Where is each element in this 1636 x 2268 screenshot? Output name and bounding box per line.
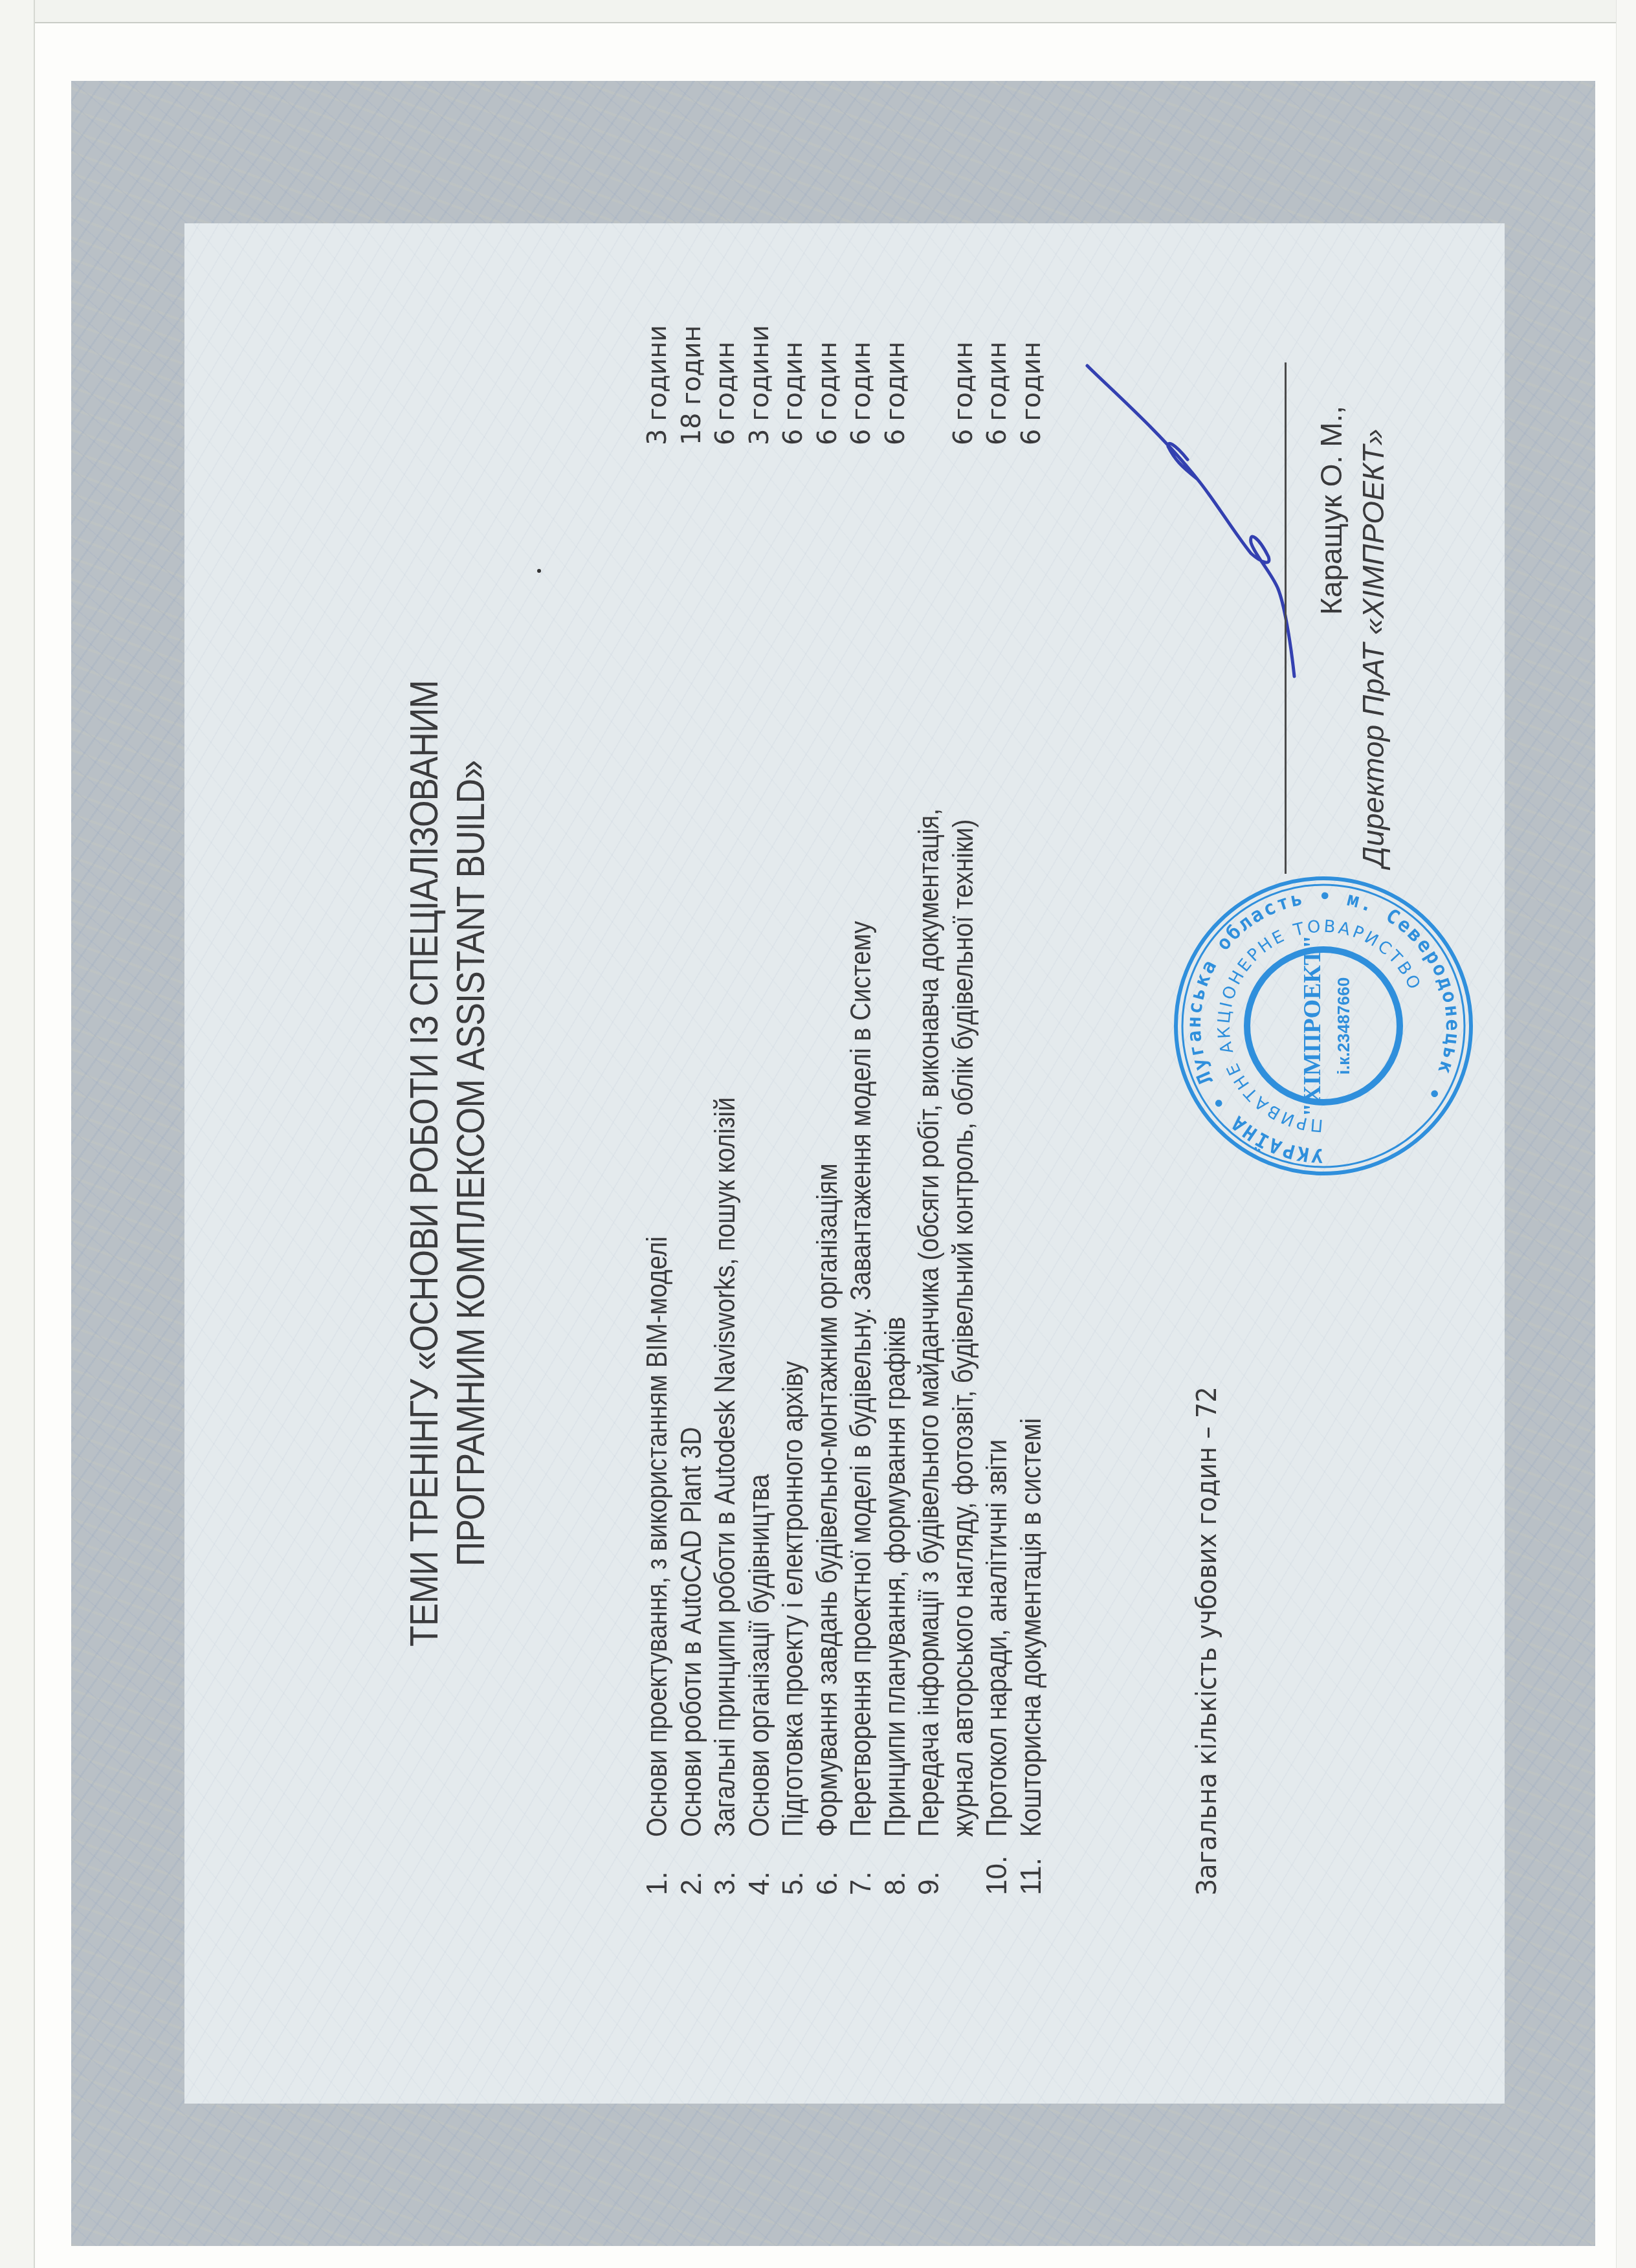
topic-hours: 6 годин [845, 290, 879, 445]
topic-row: 11.Кошторисна документація в системі6 го… [1015, 342, 1049, 1895]
handwritten-signature [1084, 356, 1298, 693]
topic-row: 6.Формування завдань будівельно-монтажни… [811, 342, 845, 1895]
scan-speck [537, 569, 541, 573]
topic-hours: 6 годин [879, 290, 913, 445]
scan-edge-left [0, 0, 35, 2268]
topic-hours: 3 години [641, 290, 675, 445]
topic-number: 6. [811, 1837, 845, 1895]
topic-title: Основи проектування, з використанням BIM… [641, 521, 675, 1837]
document-title: ТЕМИ ТРЕНІНГУ «ОСНОВИ РОБОТИ ІЗ СПЕЦІАЛІ… [401, 355, 494, 1972]
content-panel: ТЕМИ ТРЕНІНГУ «ОСНОВИ РОБОТИ ІЗ СПЕЦІАЛІ… [184, 223, 1505, 2104]
signatory-title: Директор ПрАТ «ХІМПРОЕКТ» [1356, 428, 1391, 867]
topic-title: Підготовка проекту і електронного архіву [777, 521, 811, 1837]
total-hours: Загальна кількість учбових годин – 72 [1191, 1386, 1222, 1895]
topic-title: Загальні принципи роботи в Autodesk Navi… [709, 521, 743, 1837]
topic-hours: 6 годин [777, 290, 811, 445]
topic-number: 8. [879, 1837, 913, 1895]
topic-list: 1.Основи проектування, з використанням B… [641, 342, 1048, 1895]
topic-title: Кошторисна документація в системі [1015, 521, 1049, 1837]
topic-row: 10.Протокол наради, аналітичні звіти6 го… [980, 342, 1015, 1895]
company-stamp: УКРАЇНА • Луганська область • м. Северод… [1171, 874, 1476, 1178]
certificate-sheet: ТЕМИ ТРЕНІНГУ «ОСНОВИ РОБОТИ ІЗ СПЕЦІАЛІ… [71, 81, 1595, 2246]
stamp-company-name: "ХІМПРОЕКТ" [1299, 935, 1326, 1117]
topic-number: 10. [980, 1837, 1015, 1895]
topic-number: 3. [709, 1837, 743, 1895]
topic-title: Передача інформації з будівельного майда… [912, 521, 947, 1837]
topic-row: 7.Перетворення проектної моделі в будіве… [845, 342, 879, 1895]
topic-number: 9. [912, 1837, 947, 1895]
title-line-1: ТЕМИ ТРЕНІНГУ «ОСНОВИ РОБОТИ ІЗ СПЕЦІАЛІ… [401, 355, 448, 1972]
topic-number: 2. [675, 1837, 709, 1895]
topic-number: 5. [777, 1837, 811, 1895]
topic-number: 11. [1015, 1837, 1049, 1895]
topic-title: Основи організації будівництва [743, 521, 777, 1837]
topic-row: 9.Передача інформації з будівельного май… [912, 342, 947, 1895]
topic-row: 5.Підготовка проекту і електронного архі… [777, 342, 811, 1895]
topic-row: 1.Основи проектування, з використанням B… [641, 342, 675, 1895]
topic-hours: 18 годин [675, 290, 709, 445]
stamp-company-code: і.к.23487660 [1334, 977, 1353, 1074]
topic-title: Принципи планування, формування графіків [879, 521, 913, 1837]
topic-title: Перетворення проектної моделі в будівель… [845, 521, 879, 1837]
topic-number [947, 1837, 981, 1895]
topic-row: 3.Загальні принципи роботи в Autodesk Na… [709, 342, 743, 1895]
scan-edge-top [0, 0, 1636, 23]
topic-row: 4.Основи організації будівництва3 години [743, 342, 777, 1895]
topic-row: журнал авторського нагляду, фотозвіт, бу… [947, 342, 981, 1895]
title-line-2: ПРОГРАМНИМ КОМПЛЕКСОМ ASSISTANT BUILD» [448, 355, 494, 1972]
topic-row: 2.Основи роботи в AutoCAD Plant 3D18 год… [675, 342, 709, 1895]
topic-row: 8.Принципи планування, формування графік… [879, 342, 913, 1895]
topic-title: журнал авторського нагляду, фотозвіт, бу… [947, 521, 981, 1837]
topic-hours: 6 годин [811, 290, 845, 445]
scan-edge-right [1616, 0, 1636, 2268]
topic-hours: 6 годин [709, 290, 743, 445]
topic-title: Протокол наради, аналітичні звіти [980, 521, 1015, 1837]
topic-hours: 3 години [743, 290, 777, 445]
topic-number: 7. [845, 1837, 879, 1895]
signatory-name: Каращук О. М., [1314, 406, 1349, 615]
topic-title: Основи роботи в AutoCAD Plant 3D [675, 521, 709, 1837]
topic-hours: 6 годин [947, 290, 981, 445]
topic-hours: 6 годин [1015, 290, 1049, 445]
signature-line [1285, 362, 1287, 874]
topic-number: 1. [641, 1837, 675, 1895]
topic-hours: 6 годин [980, 290, 1015, 445]
topic-number: 4. [743, 1837, 777, 1895]
topic-title: Формування завдань будівельно-монтажним … [811, 521, 845, 1837]
